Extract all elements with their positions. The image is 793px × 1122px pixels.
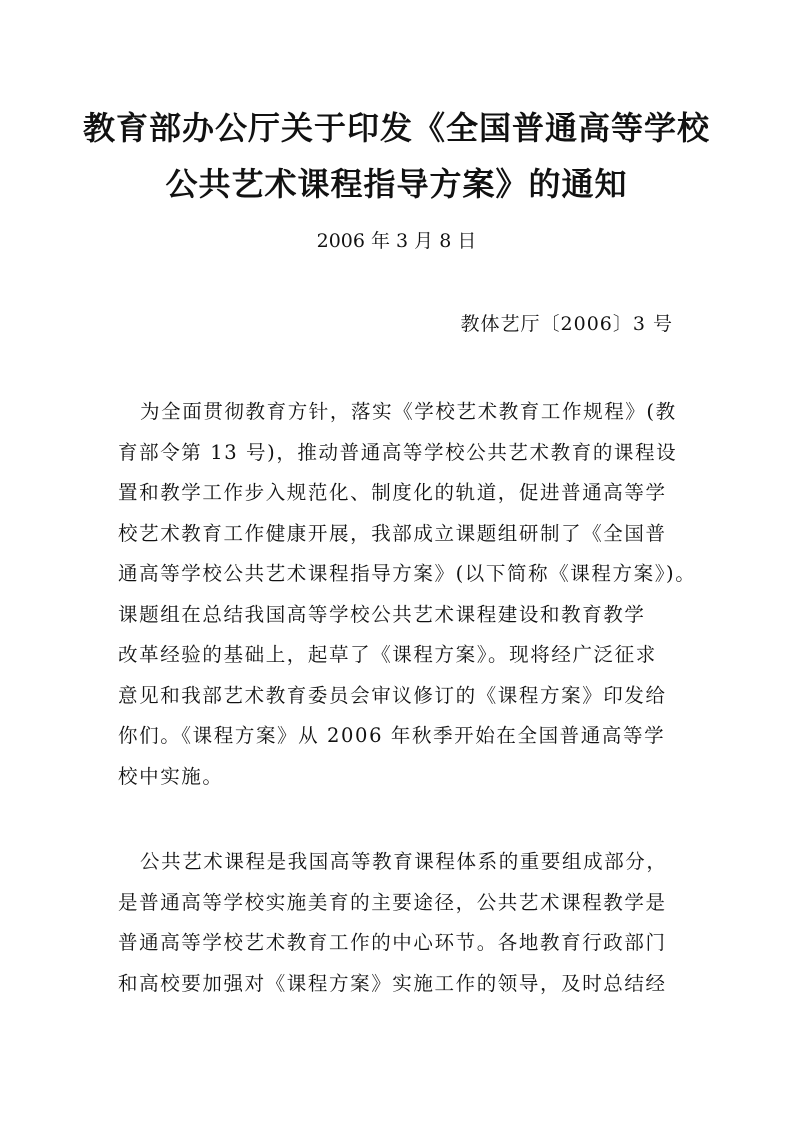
paragraph-line: 育部令第 13 号)，推动普通高等学校公共艺术教育的课程设 <box>118 433 678 474</box>
document-page: 教育部办公厅关于印发《全国普通高等学校 公共艺术课程指导方案》的通知 2006 … <box>0 0 793 1122</box>
paragraph-line: 普通高等学校艺术教育工作的中心环节。各地教育行政部门 <box>118 923 678 964</box>
paragraph-line: 置和教学工作步入规范化、制度化的轨道，促进普通高等学 <box>118 473 678 514</box>
paragraph-line: 校中实施。 <box>118 757 678 798</box>
paragraph-line: 和高校要加强对《课程方案》实施工作的领导，及时总结经 <box>118 964 678 1005</box>
paragraph-line: 通高等学校公共艺术课程指导方案》(以下简称《课程方案》)。 <box>118 554 678 595</box>
paragraph-line: 改革经验的基础上，起草了《课程方案》。现将经广泛征求 <box>118 635 678 676</box>
paragraph-line: 课题组在总结我国高等学校公共艺术课程建设和教育教学 <box>118 595 678 636</box>
document-title-line-1: 教育部办公厅关于印发《全国普通高等学校 <box>0 108 793 148</box>
paragraph-line: 公共艺术课程是我国高等教育课程体系的重要组成部分， <box>118 842 678 883</box>
paragraph-line: 为全面贯彻教育方针，落实《学校艺术教育工作规程》(教 <box>118 392 678 433</box>
document-date: 2006 年 3 月 8 日 <box>0 228 793 254</box>
paragraph-2: 公共艺术课程是我国高等教育课程体系的重要组成部分， 是普通高等学校实施美育的主要… <box>118 842 678 1004</box>
paragraph-line: 你们。《课程方案》从 2006 年秋季开始在全国普通高等学 <box>118 716 678 757</box>
paragraph-line: 是普通高等学校实施美育的主要途径，公共艺术课程教学是 <box>118 883 678 924</box>
paragraph-1: 为全面贯彻教育方针，落实《学校艺术教育工作规程》(教 育部令第 13 号)，推动… <box>118 392 678 797</box>
paragraph-line: 意见和我部艺术教育委员会审议修订的《课程方案》印发给 <box>118 676 678 717</box>
document-number: 教体艺厅〔2006〕3 号 <box>461 311 673 337</box>
paragraph-line: 校艺术教育工作健康开展，我部成立课题组研制了《全国普 <box>118 514 678 555</box>
document-title-line-2: 公共艺术课程指导方案》的通知 <box>0 164 793 204</box>
